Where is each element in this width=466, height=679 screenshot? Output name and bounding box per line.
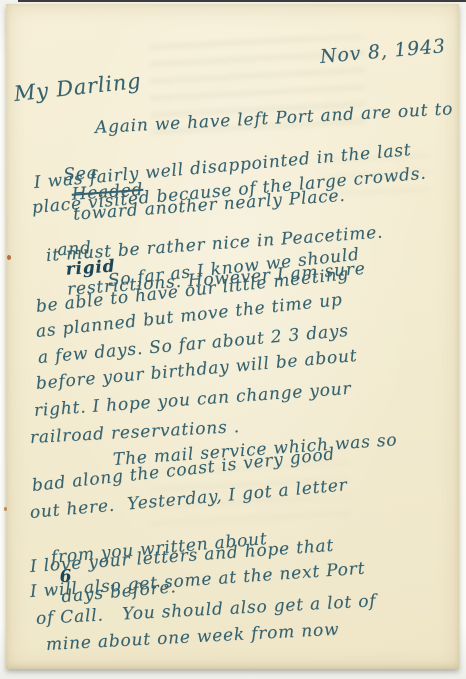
scan-edge-line [18, 0, 466, 2]
paper-speck [7, 255, 11, 260]
paper-speck [4, 507, 7, 511]
scanned-letter-page: Nov 8, 1943 My Darling Again we have lef… [0, 0, 466, 679]
